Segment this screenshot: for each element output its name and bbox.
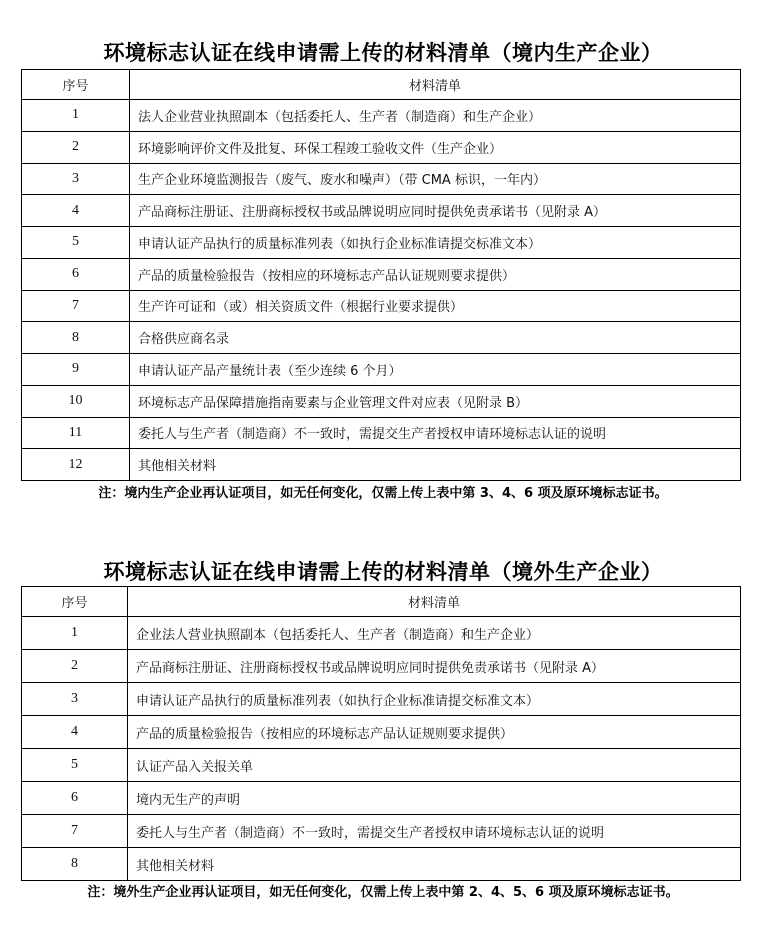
material-item: 认证产品入关报关单 [128,749,741,782]
material-item: 其他相关材料 [130,449,741,481]
table-row: 9申请认证产品产量统计表（至少连续 6 个月） [22,354,741,386]
table-header-row: 序号 材料清单 [22,587,741,617]
table-row: 11委托人与生产者（制造商）不一致时，需提交生产者授权申请环境标志认证的说明 [22,417,741,449]
material-item: 产品的质量检验报告（按相应的环境标志产品认证规则要求提供） [130,258,741,290]
material-item: 企业法人营业执照副本（包括委托人、生产者（制造商）和生产企业） [128,617,741,650]
material-item: 法人企业营业执照副本（包括委托人、生产者（制造商）和生产企业） [130,100,741,132]
row-number: 5 [22,749,128,782]
domestic-title: 环境标志认证在线申请需上传的材料清单（境内生产企业） [0,40,766,66]
material-item: 其他相关材料 [128,848,741,881]
row-number: 1 [22,617,128,650]
table-row: 5申请认证产品执行的质量标准列表（如执行企业标准请提交标准文本） [22,227,741,259]
table-row: 2产品商标注册证、注册商标授权书或品牌说明应同时提供免责承诺书（见附录 A） [22,650,741,683]
table-row: 6产品的质量检验报告（按相应的环境标志产品认证规则要求提供） [22,258,741,290]
row-number: 1 [22,100,130,132]
table-row: 12其他相关材料 [22,449,741,481]
material-item: 境内无生产的声明 [128,782,741,815]
row-number: 9 [22,354,130,386]
row-number: 7 [22,815,128,848]
table-row: 10环境标志产品保障措施指南要素与企业管理文件对应表（见附录 B） [22,385,741,417]
column-header-number: 序号 [22,70,130,100]
row-number: 10 [22,385,130,417]
material-item: 生产许可证和（或）相关资质文件（根据行业要求提供） [130,290,741,322]
domestic-materials-table: 序号 材料清单 1法人企业营业执照副本（包括委托人、生产者（制造商）和生产企业）… [21,69,741,481]
row-number: 12 [22,449,130,481]
row-number: 3 [22,163,130,195]
material-item: 生产企业环境监测报告（废气、废水和噪声）（带 CMA 标识，一年内） [130,163,741,195]
material-item: 产品商标注册证、注册商标授权书或品牌说明应同时提供免责承诺书（见附录 A） [130,195,741,227]
table-row: 1法人企业营业执照副本（包括委托人、生产者（制造商）和生产企业） [22,100,741,132]
table-row: 7生产许可证和（或）相关资质文件（根据行业要求提供） [22,290,741,322]
material-item: 产品商标注册证、注册商标授权书或品牌说明应同时提供免责承诺书（见附录 A） [128,650,741,683]
material-item: 合格供应商名录 [130,322,741,354]
table-row: 2环境影响评价文件及批复、环保工程竣工验收文件（生产企业） [22,131,741,163]
row-number: 6 [22,258,130,290]
material-item: 委托人与生产者（制造商）不一致时，需提交生产者授权申请环境标志认证的说明 [130,417,741,449]
column-header-materials: 材料清单 [130,70,741,100]
table-row: 5认证产品入关报关单 [22,749,741,782]
material-item: 申请认证产品执行的质量标准列表（如执行企业标准请提交标准文本） [128,683,741,716]
row-number: 8 [22,322,130,354]
material-item: 申请认证产品产量统计表（至少连续 6 个月） [130,354,741,386]
table-row: 3生产企业环境监测报告（废气、废水和噪声）（带 CMA 标识，一年内） [22,163,741,195]
row-number: 6 [22,782,128,815]
row-number: 2 [22,650,128,683]
overseas-materials-table: 序号 材料清单 1企业法人营业执照副本（包括委托人、生产者（制造商）和生产企业）… [21,586,741,881]
overseas-note: 注：境外生产企业再认证项目，如无任何变化，仅需上传上表中第 2、4、5、6 项及… [0,884,766,902]
row-number: 7 [22,290,130,322]
table-row: 7委托人与生产者（制造商）不一致时，需提交生产者授权申请环境标志认证的说明 [22,815,741,848]
column-header-number: 序号 [22,587,128,617]
row-number: 2 [22,131,130,163]
table-row: 6境内无生产的声明 [22,782,741,815]
table-header-row: 序号 材料清单 [22,70,741,100]
material-item: 委托人与生产者（制造商）不一致时，需提交生产者授权申请环境标志认证的说明 [128,815,741,848]
material-item: 申请认证产品执行的质量标准列表（如执行企业标准请提交标准文本） [130,227,741,259]
table-row: 3申请认证产品执行的质量标准列表（如执行企业标准请提交标准文本） [22,683,741,716]
row-number: 3 [22,683,128,716]
material-item: 环境影响评价文件及批复、环保工程竣工验收文件（生产企业） [130,131,741,163]
table-row: 8合格供应商名录 [22,322,741,354]
table-row: 4产品的质量检验报告（按相应的环境标志产品认证规则要求提供） [22,716,741,749]
column-header-materials: 材料清单 [128,587,741,617]
overseas-title: 环境标志认证在线申请需上传的材料清单（境外生产企业） [0,559,766,585]
row-number: 4 [22,716,128,749]
row-number: 11 [22,417,130,449]
table-row: 4产品商标注册证、注册商标授权书或品牌说明应同时提供免责承诺书（见附录 A） [22,195,741,227]
table-row: 1企业法人营业执照副本（包括委托人、生产者（制造商）和生产企业） [22,617,741,650]
row-number: 8 [22,848,128,881]
row-number: 4 [22,195,130,227]
row-number: 5 [22,227,130,259]
domestic-note: 注：境内生产企业再认证项目，如无任何变化，仅需上传上表中第 3、4、6 项及原环… [0,485,766,503]
table-row: 8其他相关材料 [22,848,741,881]
material-item: 产品的质量检验报告（按相应的环境标志产品认证规则要求提供） [128,716,741,749]
material-item: 环境标志产品保障措施指南要素与企业管理文件对应表（见附录 B） [130,385,741,417]
